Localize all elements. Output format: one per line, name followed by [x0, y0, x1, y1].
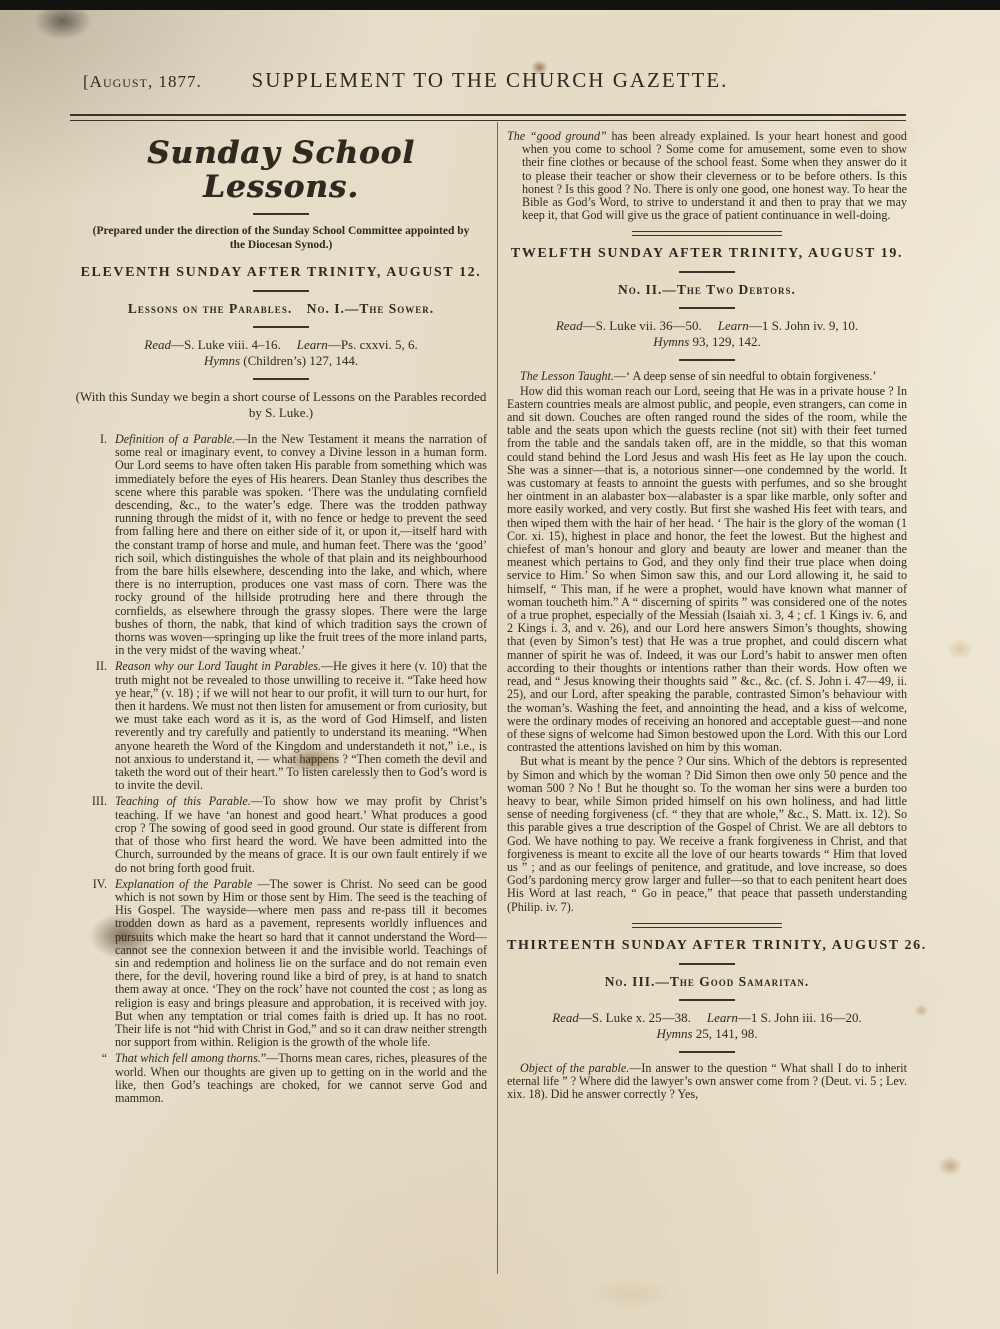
- section-double-rule: [632, 923, 782, 928]
- point-lead: Reason why our Lord Taught in Parables.: [115, 659, 321, 673]
- learn-label: Learn: [297, 337, 328, 352]
- paragraph-text: How did this woman reach our Lord, seein…: [507, 384, 907, 754]
- paragraph-text: But what is meant by the pence ? Our sin…: [507, 754, 907, 913]
- learn-label: Learn: [718, 318, 749, 333]
- point-lead: Teaching of this Parable.: [115, 794, 251, 808]
- section-double-rule: [632, 231, 782, 236]
- learn-reference: —1 S. John iii. 16—20.: [738, 1010, 862, 1025]
- lesson-taught-paragraph: The Lesson Taught.—‘ A deep sense of sin…: [507, 370, 907, 383]
- lesson-point-2: II.Reason why our Lord Taught in Parable…: [75, 660, 487, 792]
- foxing-stain: [938, 1156, 962, 1176]
- section-rule: [679, 1051, 735, 1053]
- lesson3-sunday-heading: THIRTEENTH SUNDAY AFTER TRINITY, AUGUST …: [507, 937, 907, 954]
- point-numeral: III.: [75, 795, 107, 808]
- read-reference: —S. Luke x. 25—38.: [579, 1010, 691, 1025]
- section-rule: [679, 963, 735, 965]
- woman-paragraph: How did this woman reach our Lord, seein…: [507, 385, 907, 755]
- point-text: —In the New Testament it means the narra…: [115, 432, 487, 657]
- hymns-label: Hymns: [653, 334, 689, 349]
- lesson3-hymns-line: Hymns 25, 141, 98.: [507, 1026, 907, 1042]
- learn-label: Learn: [707, 1010, 738, 1025]
- point-numeral: “: [75, 1052, 107, 1065]
- paragraph-text: —‘ A deep sense of sin needful to obtain…: [614, 369, 876, 383]
- section-rule: [679, 999, 735, 1001]
- ink-smudge-stain: [34, 10, 92, 40]
- lesson-point-1: I.Definition of a Parable.—In the New Te…: [75, 433, 487, 657]
- hymns-label: Hymns: [204, 353, 240, 368]
- paragraph-lead: The “good ground”: [507, 129, 607, 143]
- left-column: Sunday School Lessons. (Prepared under t…: [75, 136, 487, 1105]
- read-label: Read: [144, 337, 171, 352]
- issue-date: [August, 1877.: [83, 72, 202, 92]
- section-rule: [253, 326, 309, 328]
- foxing-stain: [914, 1004, 929, 1017]
- paragraph-text: has been already explained. Is your hear…: [522, 129, 907, 222]
- good-ground-paragraph: The “good ground” has been already expla…: [507, 130, 907, 222]
- pence-paragraph: But what is meant by the pence ? Our sin…: [507, 755, 907, 913]
- paragraph-lead: Object of the parable.: [520, 1061, 629, 1075]
- lesson1-series-line: Lessons on the Parables. No. I.—The Sowe…: [75, 301, 487, 317]
- lesson-point-thorns: “That which fell among thorns.”—Thorns m…: [75, 1052, 487, 1105]
- column-divider-rule: [497, 122, 498, 1274]
- point-lead: Definition of a Parable.: [115, 432, 235, 446]
- hymns-reference: (Children’s) 127, 144.: [240, 353, 358, 368]
- section-rule: [679, 271, 735, 273]
- read-reference: —S. Luke viii. 4–16.: [171, 337, 281, 352]
- section-rule: [253, 213, 309, 215]
- lesson1-sunday-heading: ELEVENTH SUNDAY AFTER TRINITY, AUGUST 12…: [75, 264, 487, 281]
- point-text: —He gives it here (v. 10) that the truth…: [115, 659, 487, 792]
- hymns-reference: 25, 141, 98.: [693, 1026, 758, 1041]
- paragraph-lead: The Lesson Taught.: [520, 369, 614, 383]
- hymns-label: Hymns: [656, 1026, 692, 1041]
- foxing-stain: [590, 1278, 675, 1310]
- page-header: [August, 1877. SUPPLEMENT TO THE CHURCH …: [75, 68, 905, 93]
- read-reference: —S. Luke vii. 36—50.: [583, 318, 702, 333]
- read-label: Read: [552, 1010, 579, 1025]
- foxing-stain: [946, 638, 974, 660]
- point-numeral: I.: [75, 433, 107, 446]
- section-rule: [679, 359, 735, 361]
- prepared-note: (Prepared under the direction of the Sun…: [75, 224, 487, 252]
- section-rule: [253, 290, 309, 292]
- point-text: —The sower is Christ. No seed can be goo…: [115, 877, 487, 1049]
- section-rule: [253, 378, 309, 380]
- lesson2-sunday-heading: TWELFTH SUNDAY AFTER TRINITY, AUGUST 19.: [507, 245, 907, 262]
- learn-reference: —Ps. cxxvi. 5, 6.: [328, 337, 418, 352]
- masthead-title: Sunday School Lessons.: [75, 136, 487, 204]
- point-lead: That which fell among thorns.: [115, 1051, 261, 1065]
- header-double-rule: [70, 114, 906, 121]
- lesson2-series-line: No. II.—The Two Debtors.: [507, 282, 907, 298]
- section-rule: [679, 307, 735, 309]
- lesson1-read-line: Read—S. Luke viii. 4–16.Learn—Ps. cxxvi.…: [75, 337, 487, 353]
- lesson-point-4: IV.Explanation of the Parable —The sower…: [75, 878, 487, 1050]
- point-numeral: IV.: [75, 878, 107, 891]
- lesson1-hymns-line: Hymns (Children’s) 127, 144.: [75, 353, 487, 369]
- right-column: The “good ground” has been already expla…: [507, 130, 907, 1101]
- lesson3-series-line: No. III.—The Good Samaritan.: [507, 974, 907, 990]
- scanned-page: [August, 1877. SUPPLEMENT TO THE CHURCH …: [0, 10, 1000, 1329]
- learn-reference: —1 S. John iv. 9, 10.: [749, 318, 858, 333]
- lesson-point-3: III.Teaching of this Parable.—To show ho…: [75, 795, 487, 874]
- publication-title: SUPPLEMENT TO THE CHURCH GAZETTE.: [252, 68, 729, 93]
- read-label: Read: [556, 318, 583, 333]
- lesson1-intro-note: (With this Sunday we begin a short cours…: [75, 389, 487, 421]
- hymns-reference: 93, 129, 142.: [689, 334, 761, 349]
- point-lead: Explanation of the Parable: [115, 877, 252, 891]
- lesson2-hymns-line: Hymns 93, 129, 142.: [507, 334, 907, 350]
- lesson2-read-line: Read—S. Luke vii. 36—50.Learn—1 S. John …: [507, 318, 907, 334]
- lesson3-read-line: Read—S. Luke x. 25—38.Learn—1 S. John ii…: [507, 1010, 907, 1026]
- object-paragraph: Object of the parable.—In answer to the …: [507, 1062, 907, 1102]
- point-numeral: II.: [75, 660, 107, 673]
